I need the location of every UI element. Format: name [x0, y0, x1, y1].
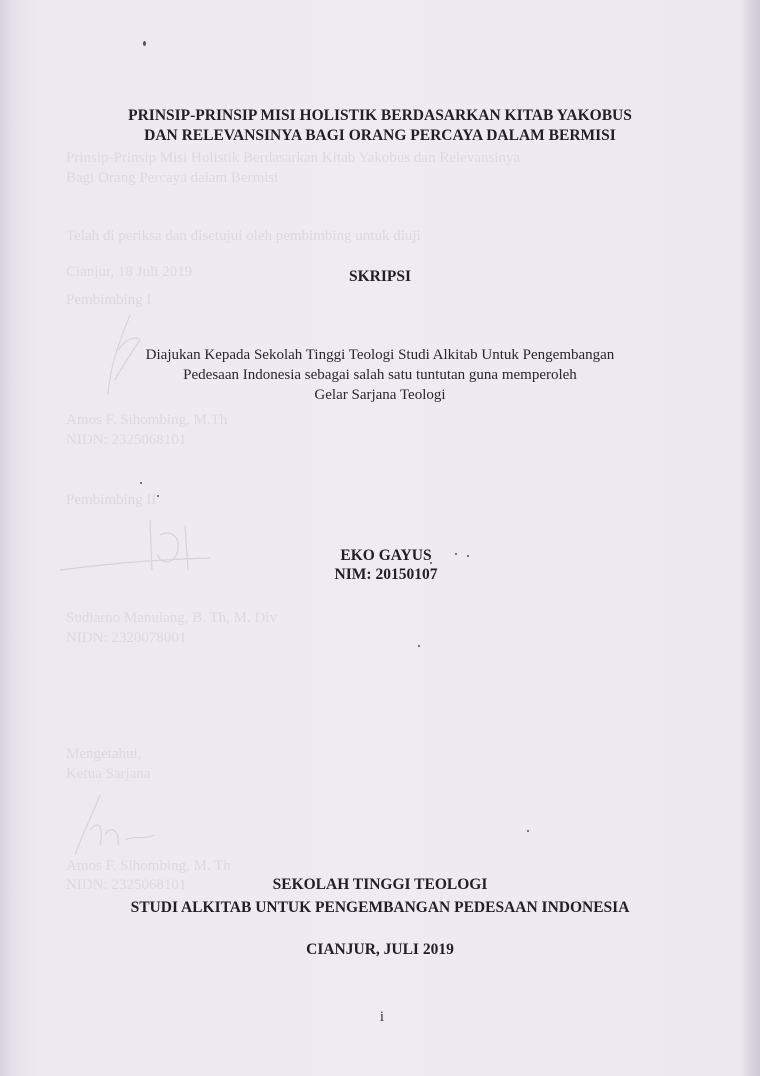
institution-line: SEKOLAH TINGGI TEOLOGI [0, 873, 760, 896]
document-type: SKRIPSI [0, 268, 760, 286]
submission-line: Pedesaan Indonesia sebagai salah satu tu… [0, 365, 760, 385]
submission-line: Gelar Sarjana Teologi [0, 385, 760, 405]
scan-speck [157, 495, 159, 497]
scanned-title-page: Prinsip-Prinsip Misi Holistik Berdasarka… [0, 0, 760, 1076]
scan-speck [430, 562, 432, 564]
bleed-line: NIDN: 2320078001 [66, 628, 186, 648]
bleed-line: Mengetahui, [66, 744, 141, 764]
scan-speck [143, 41, 146, 46]
bleed-line: Pembimbing I [66, 290, 151, 310]
institution-line: STUDI ALKITAB UNTUK PENGEMBANGAN PEDESAA… [0, 896, 760, 919]
scan-speck [418, 645, 420, 647]
bleed-line: Ketua Sarjana [66, 764, 151, 784]
scan-speck [140, 482, 142, 484]
author-name: EKO GAYUS [6, 546, 760, 565]
thesis-title: PRINSIP-PRINSIP MISI HOLISTIK BERDASARKA… [0, 106, 760, 146]
bleed-line: Bagi Orang Percaya dalam Bermisi [66, 168, 278, 188]
author-block: EKO GAYUS NIM: 20150107 [0, 546, 760, 584]
bleed-line: Telah di periksa dan disetujui oleh pemb… [66, 226, 421, 246]
title-line: PRINSIP-PRINSIP MISI HOLISTIK BERDASARKA… [0, 106, 760, 126]
scan-speck [467, 555, 469, 557]
title-line: DAN RELEVANSINYA BAGI ORANG PERCAYA DALA… [0, 126, 760, 146]
bleed-line: NIDN: 2325068101 [66, 430, 186, 450]
bleed-line: Pembimbing II [66, 490, 156, 510]
place-date: CIANJUR, JULI 2019 [0, 941, 760, 959]
scan-speck [455, 553, 457, 555]
bleed-signature-icon [70, 790, 160, 860]
scan-speck [527, 830, 529, 832]
bleed-line: Prinsip-Prinsip Misi Holistik Berdasarka… [66, 148, 520, 168]
bleed-line: Sudiarno Manulang, B. Th, M. Div [66, 608, 277, 628]
submission-statement: Diajukan Kepada Sekolah Tinggi Teologi S… [0, 345, 760, 405]
institution-block: SEKOLAH TINGGI TEOLOGI STUDI ALKITAB UNT… [0, 873, 760, 919]
author-nim: NIM: 20150107 [6, 565, 760, 584]
submission-line: Diajukan Kepada Sekolah Tinggi Teologi S… [0, 345, 760, 365]
bleed-line: Amos F. Sihombing, M.Th [66, 410, 227, 430]
page-number: i [0, 1009, 760, 1026]
